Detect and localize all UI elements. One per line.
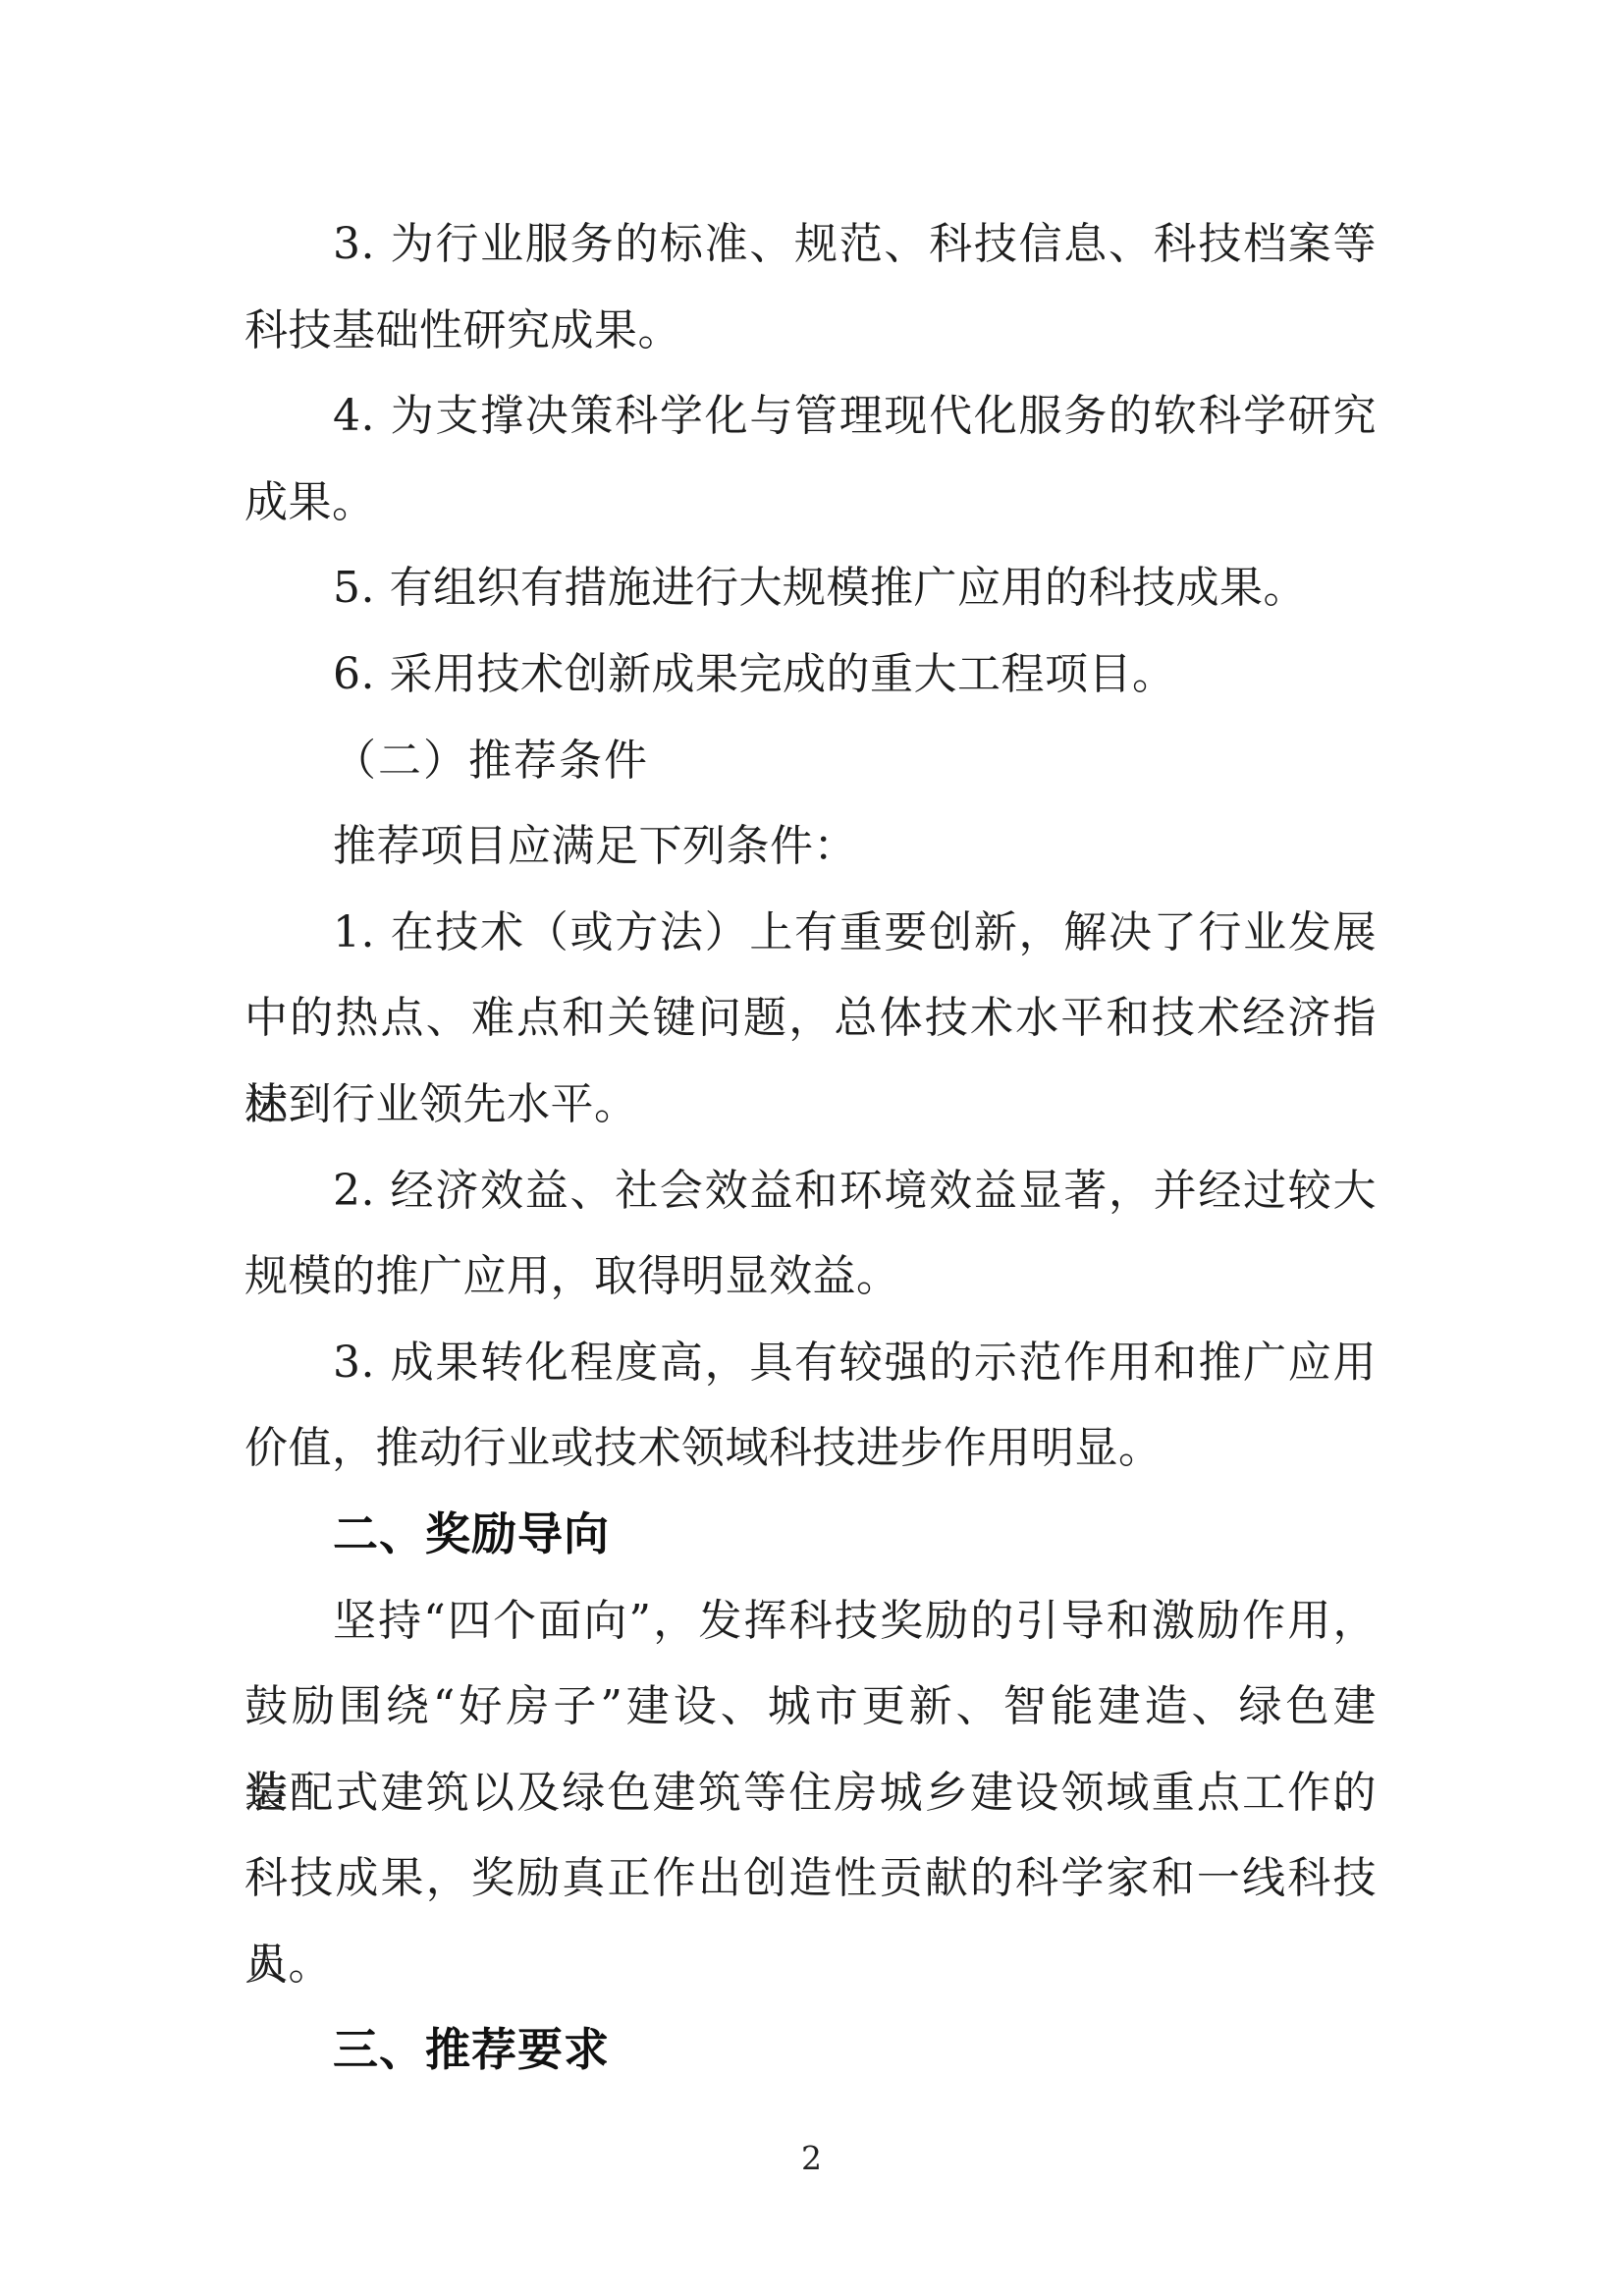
text-line: 5. 有组织有措施进行大规模推广应用的科技成果。 <box>244 545 1377 631</box>
text-line: 价值，推动行业或技术领域科技进步作用明显。 <box>244 1405 1377 1492</box>
text-line: 1. 在技术（或方法）上有重要创新，解决了行业发展 <box>244 890 1377 976</box>
section-heading: 二、奖励导向 <box>244 1492 1377 1578</box>
page-number: 2 <box>0 2139 1623 2178</box>
text-line: 推荐项目应满足下列条件： <box>244 803 1377 890</box>
sub-section-heading: （二）推荐条件 <box>244 718 1377 804</box>
text-line: 6. 采用技术创新成果完成的重大工程项目。 <box>244 631 1377 718</box>
text-line: 鼓励围绕“好房子”建设、城市更新、智能建造、绿色建造、 <box>244 1664 1377 1750</box>
text-line: 3. 成果转化程度高，具有较强的示范作用和推广应用 <box>244 1320 1377 1406</box>
text-line: 中的热点、难点和关键问题，总体技术水平和技术经济指标 <box>244 975 1377 1062</box>
section-heading: 三、推荐要求 <box>244 2007 1377 2094</box>
document-body-text: 3. 为行业服务的标准、规范、科技信息、科技档案等科技基础性研究成果。4. 为支… <box>244 201 1377 2094</box>
text-line: 2. 经济效益、社会效益和环境效益显著，并经过较大 <box>244 1148 1377 1234</box>
document-page: 3. 为行业服务的标准、规范、科技信息、科技档案等科技基础性研究成果。4. 为支… <box>0 0 1623 2296</box>
text-line: 科技基础性研究成果。 <box>244 288 1377 374</box>
text-line: 4. 为支撑决策科学化与管理现代化服务的软科学研究 <box>244 373 1377 460</box>
text-line: 成果。 <box>244 460 1377 546</box>
text-line: 员。 <box>244 1922 1377 2008</box>
text-line: 规模的推广应用，取得明显效益。 <box>244 1233 1377 1320</box>
text-line: 达到行业领先水平。 <box>244 1062 1377 1148</box>
text-line: 科技成果，奖励真正作出创造性贡献的科学家和一线科技人 <box>244 1835 1377 1922</box>
text-line: 坚持“四个面向”，发挥科技奖励的引导和激励作用， <box>244 1578 1377 1665</box>
text-line: 3. 为行业服务的标准、规范、科技信息、科技档案等 <box>244 201 1377 288</box>
text-line: 装配式建筑以及绿色建筑等住房城乡建设领域重点工作的 <box>244 1750 1377 1836</box>
